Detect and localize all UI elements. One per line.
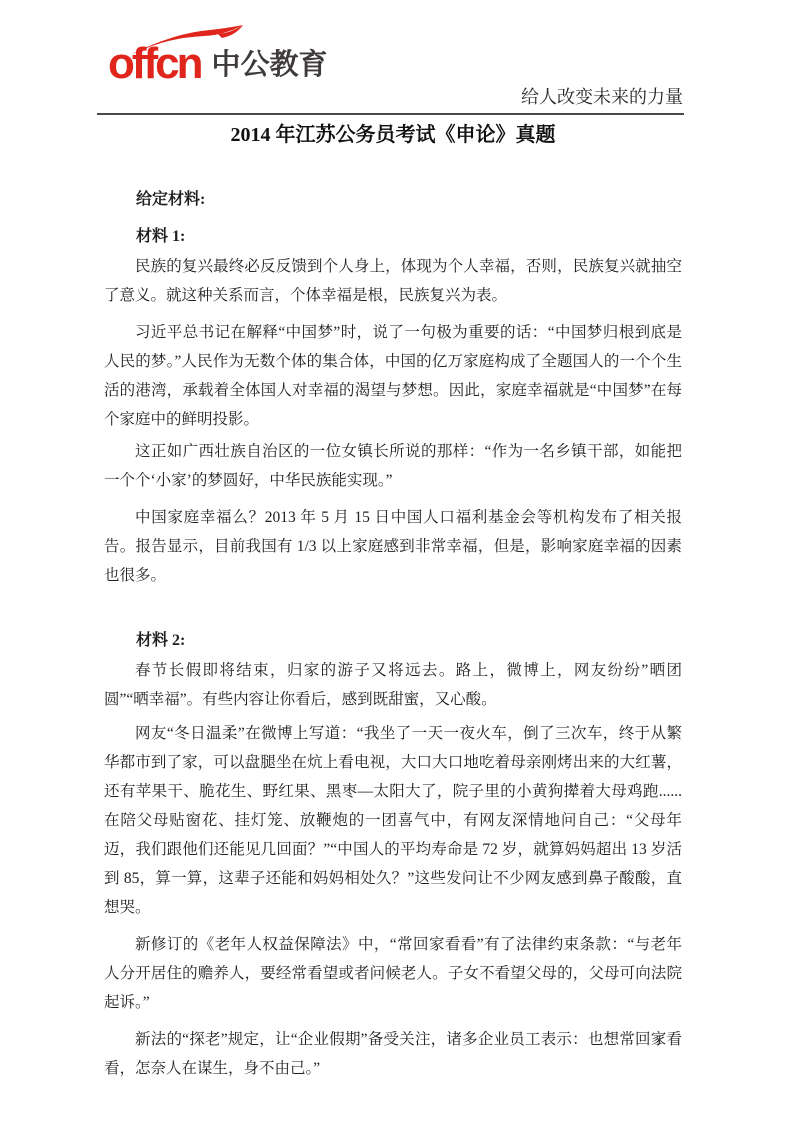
- document-title: 2014 年江苏公务员考试《申论》真题: [104, 121, 682, 149]
- material-2-paragraph: 新修订的《老年人权益保障法》中，“常回家看看”有了法律约束条款：“与老年人分开居…: [104, 930, 682, 1017]
- material-2-paragraph: 网友“冬日温柔”在微博上写道：“我坐了一天一夜火车，倒了三次车，终于从繁华都市到…: [104, 719, 682, 922]
- material-1-paragraph: 中国家庭幸福么？2013 年 5 月 15 日中国人口福利基金会等机构发布了相关…: [104, 503, 682, 590]
- logo-chinese-text: 中公教育: [212, 51, 328, 82]
- material-1-paragraph: 习近平总书记在解释“中国梦”时，说了一句极为重要的话：“中国梦归根到底是人民的梦…: [104, 318, 682, 434]
- material-2-paragraph: 新法的“探老”规定，让“企业假期”备受关注，诸多企业员工表示：也想常回家看看，怎…: [104, 1025, 682, 1083]
- brand-tagline: 给人改变未来的力量: [521, 86, 683, 108]
- material-2-heading: 材料 2:: [104, 626, 682, 655]
- material-1-heading: 材料 1:: [104, 222, 682, 251]
- offcn-logo: offcn 中公教育: [108, 46, 328, 82]
- section-heading-given-materials: 给定材料:: [104, 185, 682, 214]
- material-2-paragraph: 春节长假即将结束，归家的游子又将远去。路上，微博上，网友纷纷”晒团圆”“晒幸福”…: [104, 656, 682, 714]
- document-page: offcn 中公教育 给人改变未来的力量 2014 年江苏公务员考试《申论》真题…: [0, 0, 793, 1122]
- header-divider: [97, 113, 684, 115]
- document-content: 2014 年江苏公务员考试《申论》真题 给定材料: 材料 1: 民族的复兴最终必…: [104, 121, 682, 1083]
- logo-swoosh-icon: [132, 25, 244, 55]
- page-number: 1: [656, 1031, 663, 1051]
- material-1-paragraph: 这正如广西壮族自治区的一位女镇长所说的那样：“作为一名乡镇干部，如能把一个个‘小…: [104, 437, 682, 495]
- material-1-paragraph: 民族的复兴最终必反反馈到个人身上，体现为个人幸福，否则，民族复兴就抽空了意义。就…: [104, 252, 682, 310]
